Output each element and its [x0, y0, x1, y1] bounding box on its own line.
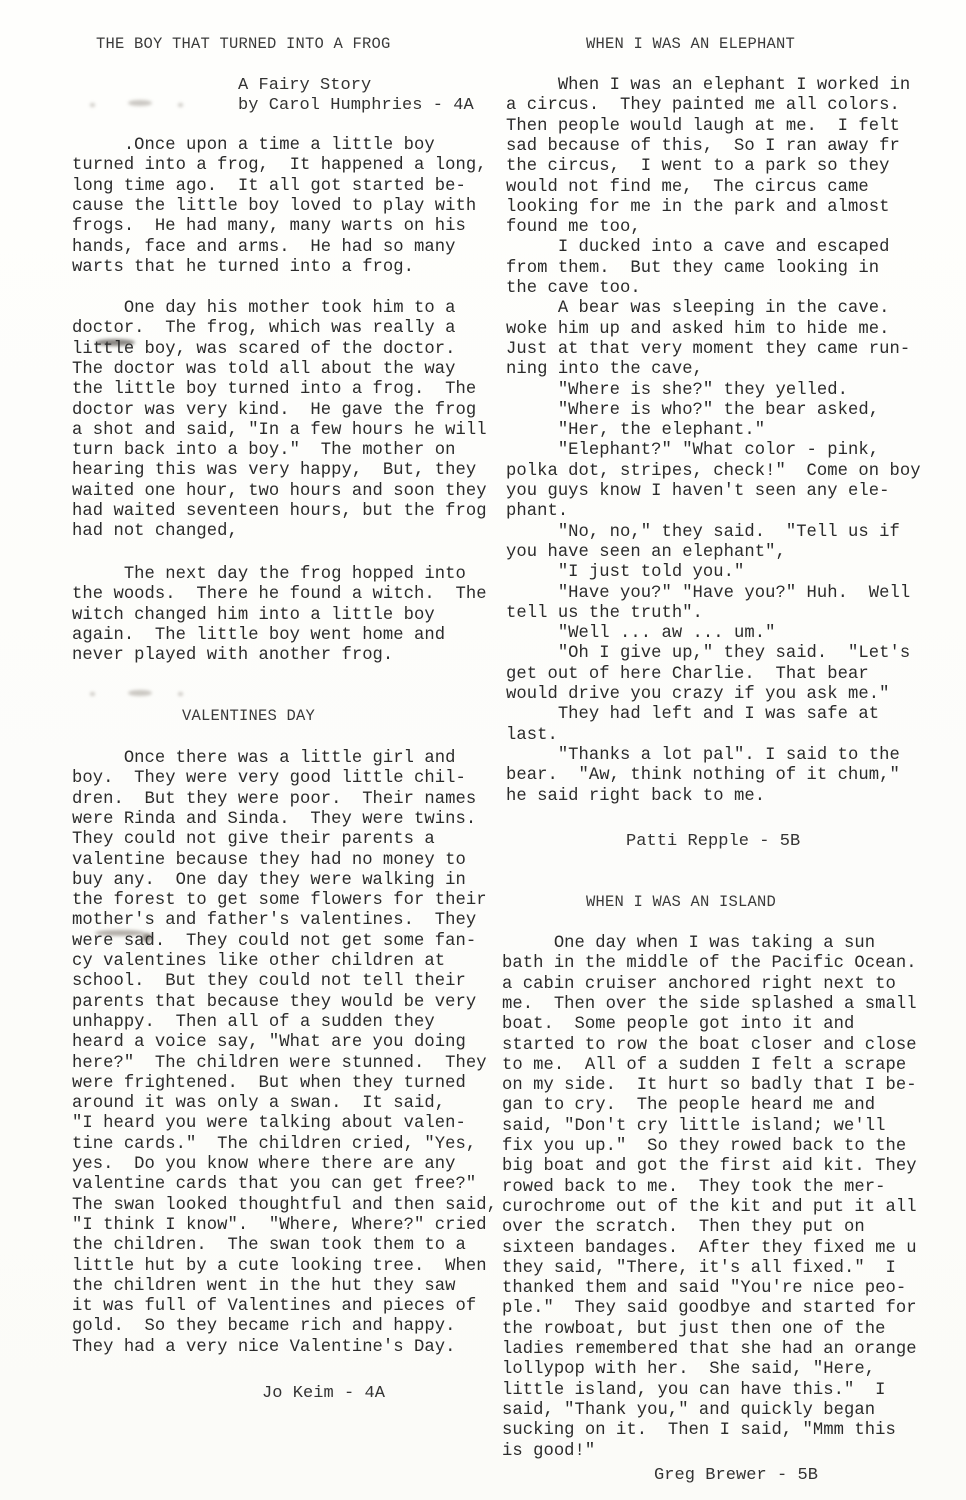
text-line: Once there was a little girl and — [72, 749, 455, 769]
text-line: school. But they could not tell their — [72, 972, 466, 992]
text-line: they said, "There, it's all fixed." I — [502, 1259, 896, 1279]
text-line: the children went in the hut they saw — [72, 1277, 455, 1297]
text-line: bear. "Aw, think nothing of it chum," — [506, 766, 900, 786]
text-line: turn back into a boy." The mother on — [72, 441, 455, 461]
text-line: sucking on it. Then I said, "Mmm this — [502, 1421, 896, 1441]
text-line: the forest to get some flowers for their — [72, 891, 487, 911]
text-line: "Her, the elephant." — [506, 421, 765, 441]
text-line: a shot and said, "In a few hours he will — [72, 421, 487, 441]
text-line: would drive you crazy if you ask me." — [506, 685, 889, 705]
ink-smudge — [178, 103, 183, 107]
text-line: "Have you?" "Have you?" Huh. Well — [506, 584, 910, 604]
text-line: tine cards." The children cried, "Yes, — [72, 1135, 476, 1155]
ink-smudge — [128, 690, 152, 696]
text-line: the circus, I went to a park so they — [506, 157, 889, 177]
text-line: doctor was very kind. He gave the frog — [72, 401, 476, 421]
text-line: thanked them and said "You're nice peo- — [502, 1279, 906, 1299]
text-line: cy valentines like other children at — [72, 952, 445, 972]
text-line: on my side. It hurt so badly that I be- — [502, 1076, 917, 1096]
text-line: big boat and got the first aid kit. They — [502, 1157, 917, 1177]
text-line: Then people would laugh at me. I felt — [506, 117, 900, 137]
text-line: warts that he turned into a frog. — [72, 258, 414, 278]
text-line: valentine cards that you can get free?" — [72, 1175, 476, 1195]
text-line: They had a very nice Valentine's Day. — [72, 1338, 455, 1358]
text-line: curochrome out of the kit and put it all — [502, 1198, 917, 1218]
text-line: the woods. There he found a witch. The — [72, 585, 487, 605]
story-title-valentines: VALENTINES DAY — [182, 706, 315, 726]
text-line: frogs. He had many, many warts on his — [72, 217, 466, 237]
text-line: "Where is she?" they yelled. — [506, 381, 848, 401]
text-line: tell us the truth". — [506, 604, 703, 624]
text-line: the rowboat, but just then one of the — [502, 1320, 885, 1340]
text-line: ple." They said goodbye and started for — [502, 1299, 917, 1319]
typewritten-newsletter-page: THE BOY THAT TURNED INTO A FROG A Fairy … — [0, 0, 966, 1500]
text-line: would not find me, The circus came — [506, 178, 869, 198]
text-line: said, "Thank you," and quickly began — [502, 1401, 875, 1421]
text-line: doctor. The frog, which was really a — [72, 319, 455, 339]
text-line: is good!" — [502, 1442, 595, 1462]
text-line: had waited seventeen hours, but the frog — [72, 502, 487, 522]
text-line: it was full of Valentines and pieces of — [72, 1297, 476, 1317]
text-line: unhappy. Then all of a sudden they — [72, 1013, 435, 1033]
text-line: "Well ... aw ... um." — [506, 624, 775, 644]
text-line: the little boy turned into a frog. The — [72, 380, 476, 400]
text-line: "Oh I give up," they said. "Let's — [506, 644, 910, 664]
text-line: cause the little boy loved to play with — [72, 197, 476, 217]
text-line: "I heard you were talking about valen- — [72, 1114, 466, 1134]
text-line: "Thanks a lot pal". I said to the — [506, 746, 900, 766]
text-line: A bear was sleeping in the cave. — [506, 299, 889, 319]
text-line: "Where is who?" the bear asked, — [506, 401, 879, 421]
text-line: sad because of this, So I ran away fr — [506, 137, 900, 157]
text-line: heard a voice say, "What are you doing — [72, 1033, 466, 1053]
story-title-elephant: WHEN I WAS AN ELEPHANT — [586, 34, 795, 54]
text-line: turned into a frog, It happened a long, — [72, 156, 487, 176]
story-title-frog: THE BOY THAT TURNED INTO A FROG — [96, 34, 391, 54]
text-line: looking for me in the park and almost — [506, 198, 889, 218]
text-line: mother's and father's valentines. They — [72, 911, 476, 931]
text-line: here?" The children were stunned. They — [72, 1054, 487, 1074]
text-line: phant. — [506, 502, 568, 522]
text-line: ning into the cave, — [506, 360, 703, 380]
text-line: hearing this was very happy, But, they — [72, 461, 476, 481]
text-line: "Elephant?" "What color - pink, — [506, 441, 879, 461]
text-line: bath in the middle of the Pacific Ocean. — [502, 954, 917, 974]
text-line: buy any. One day they were walking in — [72, 871, 466, 891]
text-line: fix you up." So they rowed back to the — [502, 1137, 906, 1157]
text-line: were frightened. But when they turned — [72, 1074, 466, 1094]
text-line: were Rinda and Sinda. They were twins. — [72, 810, 476, 830]
text-line: sixteen bandages. After they fixed me u — [502, 1239, 917, 1259]
text-line: The next day the frog hopped into — [72, 565, 466, 585]
text-line: a cabin cruiser anchored right next to — [502, 975, 896, 995]
text-line: "I just told you." — [506, 563, 744, 583]
text-line: from them. But they came looking in — [506, 259, 879, 279]
text-line: had not changed, — [72, 522, 238, 542]
ink-smudge — [128, 100, 152, 106]
text-line: One day his mother took him to a — [72, 299, 455, 319]
text-line: waited one hour, two hours and soon they — [72, 482, 487, 502]
text-line: get out of here Charlie. That bear — [506, 665, 869, 685]
text-line: the children. The swan took them to a — [72, 1236, 466, 1256]
text-line: were sad. They could not get some fan- — [72, 932, 476, 952]
text-line: I ducked into a cave and escaped — [506, 238, 889, 258]
text-line: little boy, was scared of the doctor. — [72, 340, 455, 360]
text-line: little island, you can have this." I — [502, 1381, 885, 1401]
text-line: witch changed him into a little boy — [72, 606, 435, 626]
story-author: Patti Repple - 5B — [626, 832, 800, 852]
text-line: gan to cry. The people heard me and — [502, 1096, 875, 1116]
ink-smudge — [90, 692, 95, 696]
text-line: again. The little boy went home and — [72, 626, 445, 646]
text-line: to me. All of a sudden I felt a scrape — [502, 1056, 906, 1076]
text-line: When I was an elephant I worked in — [506, 76, 910, 96]
text-line: The doctor was told all about the way — [72, 360, 455, 380]
text-line: boat. Some people got into it and — [502, 1015, 854, 1035]
text-line: little hut by a cute looking tree. When — [72, 1257, 487, 1277]
story-author: Jo Keim - 4A — [262, 1384, 385, 1404]
text-line: you have seen an elephant", — [506, 543, 786, 563]
text-line: gold. So they became rich and happy. — [72, 1317, 455, 1337]
story-author: Greg Brewer - 5B — [654, 1466, 818, 1486]
text-line: dren. But they were poor. Their names — [72, 790, 476, 810]
text-line: .Once upon a time a little boy — [72, 136, 435, 156]
text-line: One day when I was taking a sun — [502, 934, 875, 954]
text-line: the cave too. — [506, 279, 641, 299]
text-line: over the scratch. Then they put on — [502, 1218, 865, 1238]
text-line: never played with another frog. — [72, 646, 393, 666]
text-line: hands, face and arms. He had so many — [72, 238, 455, 258]
ink-smudge — [178, 692, 183, 696]
story-subtitle: A Fairy Story — [238, 76, 371, 96]
text-line: boy. They were very good little chil- — [72, 769, 466, 789]
text-line: parents that because they would be very — [72, 993, 476, 1013]
text-line: yes. Do you know where there are any — [72, 1155, 455, 1175]
text-line: around it was only a swan. It said, — [72, 1094, 445, 1114]
ink-smudge — [90, 103, 95, 107]
text-line: lollypop with her. She said, "Here, — [502, 1360, 875, 1380]
text-line: long time ago. It all got started be- — [72, 177, 466, 197]
text-line: polka dot, stripes, check!" Come on boy — [506, 462, 921, 482]
text-line: rowed back to me. They took the mer- — [502, 1178, 885, 1198]
text-line: The swan looked thoughtful and then said… — [72, 1196, 497, 1216]
text-line: found me too, — [506, 218, 641, 238]
text-line: They had left and I was safe at — [506, 705, 879, 725]
story-byline: by Carol Humphries - 4A — [238, 96, 474, 116]
text-line: Just at that very moment they came run- — [506, 340, 910, 360]
text-line: "No, no," they said. "Tell us if — [506, 523, 900, 543]
text-line: me. Then over the side splashed a small — [502, 995, 917, 1015]
text-line: last. — [506, 726, 558, 746]
text-line: woke him up and asked him to hide me. — [506, 320, 889, 340]
text-line: valentine because they had no money to — [72, 851, 466, 871]
text-line: ladies remembered that she had an orange — [502, 1340, 917, 1360]
text-line: said, "Don't cry little island; we'll — [502, 1117, 885, 1137]
story-title-island: WHEN I WAS AN ISLAND — [586, 892, 776, 912]
text-line: you guys know I haven't seen any ele- — [506, 482, 889, 502]
text-line: a circus. They painted me all colors. — [506, 96, 900, 116]
text-line: "I think I know". "Where, Where?" cried — [72, 1216, 487, 1236]
text-line: They could not give their parents a — [72, 830, 435, 850]
text-line: he said right back to me. — [506, 787, 765, 807]
text-line: started to row the boat closer and close — [502, 1036, 917, 1056]
